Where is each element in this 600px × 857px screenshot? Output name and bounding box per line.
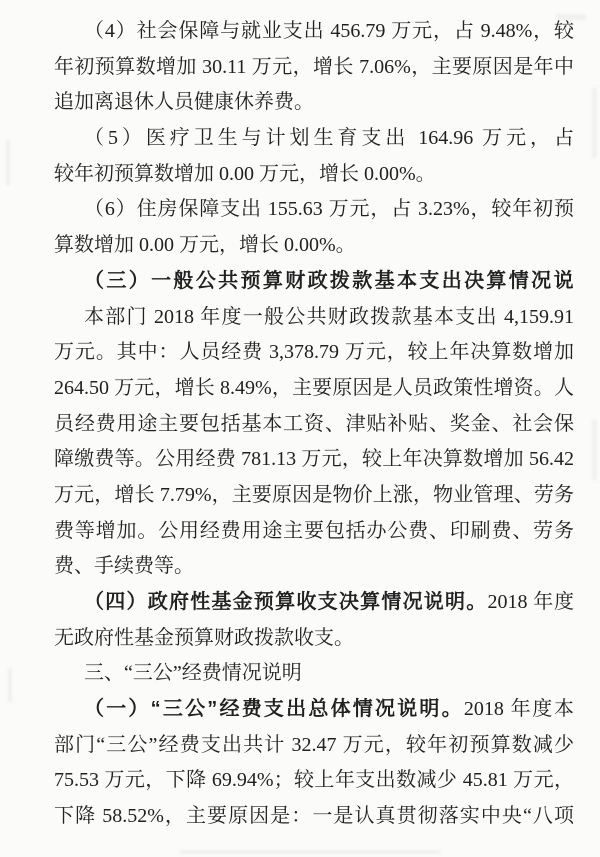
body-text: 无政府性基金预算财政拨款收支。: [54, 627, 354, 649]
body-text: 下降 58.52%，主要原因是：一是认真贯彻落实中央“八项: [54, 805, 574, 827]
body-text: 三、“三公”经费情况说明: [84, 662, 302, 684]
document-line: 障缴费等。公用经费 781.13 万元，较上年决算数增加 56.42: [54, 442, 574, 478]
document-line: （5）医疗卫生与计划生育支出 164.96 万元，占 3.42%，: [54, 121, 574, 157]
document-line: （四）政府性基金预算收支决算情况说明。2018 年度: [54, 585, 574, 621]
document-page: （4）社会保障与就业支出 456.79 万元，占 9.48%，较年初预算数增加 …: [0, 0, 600, 857]
document-line: 本部门 2018 年度一般公共财政拨款基本支出 4,159.91: [54, 300, 574, 336]
document-line: 75.53 万元，下降 69.94%；较上年支出数减少 45.81 万元，: [54, 763, 574, 799]
document-line: 费、手续费等。: [54, 549, 574, 585]
body-text: 员经费用途主要包括基本工资、津贴补贴、奖金、社会保: [54, 413, 574, 435]
document-line: 三、“三公”经费情况说明: [54, 656, 574, 692]
heading-text: （三）一般公共预算财政拨款基本支出决算情况说明。: [84, 270, 574, 300]
scan-noise: [592, 88, 597, 158]
body-text: 本部门 2018 年度一般公共财政拨款基本支出 4,159.91: [84, 306, 574, 328]
heading-text: （一）“三公”经费支出总体情况说明。: [84, 698, 464, 720]
scan-noise: [592, 420, 597, 480]
body-text: （6）住房保障支出 155.63 万元，占 3.23%，较年初预: [84, 198, 574, 220]
body-text: 2018 年度: [488, 591, 574, 613]
scan-noise: [180, 850, 440, 854]
document-line: （6）住房保障支出 155.63 万元，占 3.23%，较年初预: [54, 192, 574, 228]
document-line: 费等增加。公用经费用途主要包括办公费、印刷费、劳务: [54, 514, 574, 550]
document-body: （4）社会保障与就业支出 456.79 万元，占 9.48%，较年初预算数增加 …: [54, 14, 574, 835]
body-text: 2018 年度本: [464, 698, 574, 720]
document-line: 264.50 万元，增长 8.49%，主要原因是人员政策性增资。人: [54, 371, 574, 407]
document-line: （三）一般公共预算财政拨款基本支出决算情况说明。: [54, 264, 574, 300]
body-text: 费、手续费等。: [54, 555, 194, 577]
scan-noise: [8, 668, 12, 702]
document-line: 较年初预算数增加 0.00 万元，增长 0.00%。: [54, 157, 574, 193]
document-line: 万元。其中：人员经费 3,378.79 万元，较上年决算数增加: [54, 335, 574, 371]
body-text: 算数增加 0.00 万元，增长 0.00%。: [54, 234, 356, 256]
document-line: 算数增加 0.00 万元，增长 0.00%。: [54, 228, 574, 264]
document-line: 追加离退休人员健康休养费。: [54, 85, 574, 121]
scan-noise: [6, 140, 10, 186]
body-text: 264.50 万元，增长 8.49%，主要原因是人员政策性增资。人: [54, 377, 574, 399]
body-text: 较年初预算数增加 0.00 万元，增长 0.00%。: [54, 163, 436, 185]
document-line: （一）“三公”经费支出总体情况说明。2018 年度本: [54, 692, 574, 728]
body-text: （5）医疗卫生与计划生育支出 164.96 万元，占 3.42%，: [84, 127, 574, 157]
body-text: 75.53 万元，下降 69.94%；较上年支出数减少 45.81 万元，: [54, 769, 574, 791]
body-text: （4）社会保障与就业支出 456.79 万元，占 9.48%，较: [84, 20, 574, 42]
document-line: 年初预算数增加 30.11 万元，增长 7.06%，主要原因是年中: [54, 50, 574, 86]
body-text: 万元，增长 7.79%，主要原因是物价上涨，物业管理、劳务: [54, 484, 574, 506]
document-line: （4）社会保障与就业支出 456.79 万元，占 9.48%，较: [54, 14, 574, 50]
body-text: 部门“三公”经费支出共计 32.47 万元，较年初预算数减少: [54, 734, 574, 756]
body-text: 万元。其中：人员经费 3,378.79 万元，较上年决算数增加: [54, 341, 574, 363]
body-text: 追加离退休人员健康休养费。: [54, 91, 314, 113]
document-line: 万元，增长 7.79%，主要原因是物价上涨，物业管理、劳务: [54, 478, 574, 514]
body-text: 费等增加。公用经费用途主要包括办公费、印刷费、劳务: [54, 520, 574, 542]
document-line: 下降 58.52%，主要原因是：一是认真贯彻落实中央“八项: [54, 799, 574, 835]
body-text: 障缴费等。公用经费 781.13 万元，较上年决算数增加 56.42: [54, 448, 574, 470]
body-text: 年初预算数增加 30.11 万元，增长 7.06%，主要原因是年中: [54, 56, 574, 78]
document-line: 员经费用途主要包括基本工资、津贴补贴、奖金、社会保: [54, 407, 574, 443]
document-line: 无政府性基金预算财政拨款收支。: [54, 621, 574, 657]
document-line: 部门“三公”经费支出共计 32.47 万元，较年初预算数减少: [54, 728, 574, 764]
heading-text: （四）政府性基金预算收支决算情况说明。: [84, 591, 488, 613]
